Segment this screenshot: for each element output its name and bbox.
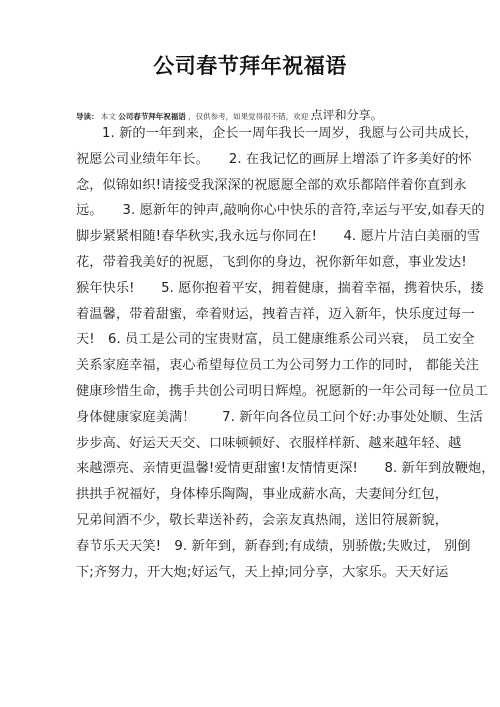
body-line: 脚步紧紧相随!春华秋实,我永远与你同在! 4. 愿片片洁白美丽的雪 — [76, 224, 429, 250]
body-line: 下;齐努力，开大炮;好运气，天上掉;同分享，大家乐。天天好运 — [76, 560, 429, 586]
body-line: 春节乐天天笑! 9. 新年到，新春到;有成绩，别骄傲;失败过， 别倒 — [76, 534, 429, 560]
intro-prefix: 本文 — [101, 112, 118, 121]
body-line: 猴年快乐! 5. 愿你抱着平安，拥着健康，揣着幸福，携着快乐，搂 — [76, 276, 429, 302]
body-line: 花，带着我美好的祝愿，飞到你的身边，祝你新年如意，事业发达! — [76, 250, 429, 276]
body-line: 祝愿公司业绩年年长。 2. 在我记忆的画屏上增添了许多美好的怀 — [76, 147, 429, 173]
body-line: 1. 新的一年到来，企长一周年我长一周岁，我愿与公司共成长， — [76, 121, 429, 147]
body-line: 身体健康家庭美满！ 7. 新年向各位员工问个好:办事处处顺、生活 — [76, 405, 429, 431]
intro-lead-label: 导读： — [76, 112, 99, 121]
body-line: 着温馨，带着甜蜜，牵着财运，拽着吉祥，迈入新年，快乐度过每一 — [76, 302, 429, 328]
body-line: 步步高、好运天天交、口味顿顿好、衣服样样新、越来越年轻、越 — [76, 431, 429, 457]
intro-middle-text: ，仅供参考，如果觉得很不错，欢迎 — [188, 112, 308, 121]
body-line: 天! 6. 员工是公司的宝贵财富，员工健康维系公司兴衰， 员工安全 — [76, 327, 429, 353]
intro-tail-text: 点评和分享。 — [311, 108, 383, 122]
body-line: 念，似锦如织!请接受我深深的祝愿愿全部的欢乐都陪伴着你直到永 — [76, 173, 429, 199]
body-line: 兄弟间酒不少，敬长辈送补药，会亲友真热闹，送旧符展新貌， — [76, 508, 429, 534]
body-line: 远。 3. 愿新年的钟声,敲响你心中快乐的音符,幸运与平安,如春天的 — [76, 198, 429, 224]
intro-title-reference: 公司春节拜年祝福语 — [118, 112, 186, 121]
body-line: 拱拱手祝福好，身体棒乐陶陶，事业成薪水高，夫妻间分红包， — [76, 482, 429, 508]
document-body: 1. 新的一年到来，企长一周年我长一周岁，我愿与公司共成长， 祝愿公司业绩年年长… — [76, 121, 429, 585]
body-line: 健康珍惜生命，携手共创公司明日辉煌。祝愿新的一年公司每一位员工 — [76, 379, 429, 405]
body-line: 来越漂亮、亲情更温馨!爱情更甜蜜!友情情更深! 8. 新年到放鞭炮， — [76, 456, 429, 482]
document-title: 公司春节拜年祝福语 — [0, 50, 500, 80]
body-line: 关系家庭幸福，衷心希望每位员工为公司努力工作的同时， 都能关注 — [76, 353, 429, 379]
